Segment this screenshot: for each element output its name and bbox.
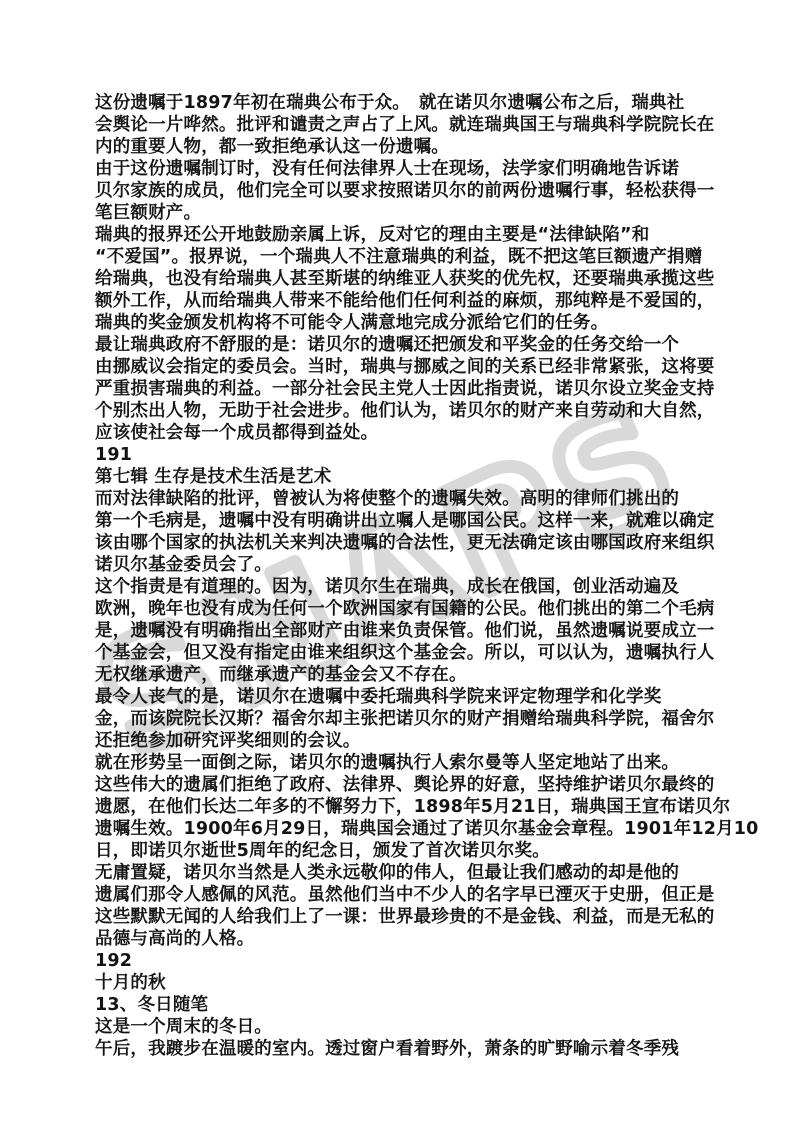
text-line: 欧洲，晚年也没有成为任何一个欧洲国家有国籍的公民。他们挑出的第二个毛病 bbox=[95, 598, 745, 620]
text-line: 是，遗嘱没有明确指出全部财产由谁来负责保管。他们说，虽然遗嘱说要成立一 bbox=[95, 620, 745, 642]
text-line: 由于这份遗嘱制订时，没有任何法律界人士在现场，法学家们明确地告诉诺 bbox=[95, 158, 745, 180]
text-line: 无庸置疑，诺贝尔当然是人类永远敬仰的伟人，但最让我们感动的却是他的 bbox=[95, 862, 745, 884]
text-line: 还拒绝参加研究评奖细则的会议。 bbox=[95, 730, 745, 752]
document-text-block: 这份遗嘱于1897年初在瑞典公布于众。 就在诺贝尔遗嘱公布之后，瑞典社会舆论一片… bbox=[95, 92, 745, 1060]
text-line: 日，即诺贝尔逝世5周年的纪念日，颁发了首次诺贝尔奖。 bbox=[95, 840, 745, 862]
text-line: 而对法律缺陷的批评，曾被认为将使整个的遗嘱失效。高明的律师们挑出的 bbox=[95, 488, 745, 510]
text-line: 最让瑞典政府不舒服的是：诺贝尔的遗嘱还把颁发和平奖金的任务交给一个 bbox=[95, 334, 745, 356]
text-line: 第七辑 生存是技术生活是艺术 bbox=[95, 466, 745, 488]
text-line: “不爱国”。报界说，一个瑞典人不注意瑞典的利益，既不把这笔巨额遗产捐赠 bbox=[95, 246, 745, 268]
text-line: 笔巨额财产。 bbox=[95, 202, 745, 224]
text-line: 就在形势呈一面倒之际，诺贝尔的遗嘱执行人索尔曼等人坚定地站了出来。 bbox=[95, 752, 745, 774]
text-line: 诺贝尔基金委员会了。 bbox=[95, 554, 745, 576]
text-line: 遗属们那令人感佩的风范。虽然他们当中不少人的名字早已湮灭于史册，但正是 bbox=[95, 884, 745, 906]
text-line: 应该使社会每一个成员都得到益处。 bbox=[95, 422, 745, 444]
text-line: 最令人丧气的是，诺贝尔在遗嘱中委托瑞典科学院来评定物理学和化学奖 bbox=[95, 686, 745, 708]
text-line: 严重损害瑞典的利益。一部分社会民主党人士因此指责说，诺贝尔设立奖金支持 bbox=[95, 378, 745, 400]
text-line: 会舆论一片哗然。批评和谴责之声占了上风。就连瑞典国王与瑞典科学院院长在 bbox=[95, 114, 745, 136]
text-line: 这些伟大的遗属们拒绝了政府、法律界、舆论界的好意，坚持维护诺贝尔最终的 bbox=[95, 774, 745, 796]
text-line: 十月的秋 bbox=[95, 972, 745, 994]
text-line: 金，而该院院长汉斯？福舍尔却主张把诺贝尔的财产捐赠给瑞典科学院，福舍尔 bbox=[95, 708, 745, 730]
text-line: 191 bbox=[95, 444, 745, 466]
text-line: 个基金会，但又没有指定由谁来组织这个基金会。所以，可以认为，遗嘱执行人 bbox=[95, 642, 745, 664]
text-line: 午后，我踱步在温暖的室内。透过窗户看着野外，萧条的旷野喻示着冬季残 bbox=[95, 1038, 745, 1060]
text-line: 13、冬日随笔 bbox=[95, 994, 745, 1016]
text-line: 这些默默无闻的人给我们上了一课：世界最珍贵的不是金钱、利益，而是无私的 bbox=[95, 906, 745, 928]
text-line: 遗愿，在他们长达二年多的不懈努力下，1898年5月21日，瑞典国王宣布诺贝尔 bbox=[95, 796, 745, 818]
text-line: 贝尔家族的成员，他们完全可以要求按照诺贝尔的前两份遗嘱行事，轻松获得一 bbox=[95, 180, 745, 202]
text-line: 第一个毛病是，遗嘱中没有明确讲出立嘱人是哪国公民。这样一来，就难以确定 bbox=[95, 510, 745, 532]
text-line: 这份遗嘱于1897年初在瑞典公布于众。 就在诺贝尔遗嘱公布之后，瑞典社 bbox=[95, 92, 745, 114]
text-line: 192 bbox=[95, 950, 745, 972]
text-line: 瑞典的报界还公开地鼓励亲属上诉，反对它的理由主要是“法律缺陷”和 bbox=[95, 224, 745, 246]
text-line: 由挪威议会指定的委员会。当时，瑞典与挪威之间的关系已经非常紧张，这将要 bbox=[95, 356, 745, 378]
text-line: 个别杰出人物，无助于社会进步。他们认为，诺贝尔的财产来自劳动和大自然， bbox=[95, 400, 745, 422]
text-line: 这个指责是有道理的。因为，诺贝尔生在瑞典，成长在俄国，创业活动遍及 bbox=[95, 576, 745, 598]
text-line: 无权继承遗产，而继承遗产的基金会又不存在。 bbox=[95, 664, 745, 686]
text-line: 内的重要人物，都一致拒绝承认这一份遗嘱。 bbox=[95, 136, 745, 158]
text-line: 瑞典的奖金颁发机构将不可能令人满意地完成分派给它们的任务。 bbox=[95, 312, 745, 334]
document-page: SNAPS 这份遗嘱于1897年初在瑞典公布于众。 就在诺贝尔遗嘱公布之后，瑞典… bbox=[0, 0, 793, 1122]
text-line: 品德与高尚的人格。 bbox=[95, 928, 745, 950]
text-line: 遗嘱生效。1900年6月29日，瑞典国会通过了诺贝尔基金会章程。1901年12月… bbox=[95, 818, 745, 840]
text-line: 额外工作，从而给瑞典人带来不能给他们任何利益的麻烦，那纯粹是不爱国的， bbox=[95, 290, 745, 312]
text-line: 这是一个周末的冬日。 bbox=[95, 1016, 745, 1038]
text-line: 该由哪个国家的执法机关来判决遗嘱的合法性，更无法确定该由哪国政府来组织 bbox=[95, 532, 745, 554]
text-line: 给瑞典，也没有给瑞典人甚至斯堪的纳维亚人获奖的优先权，还要瑞典承揽这些 bbox=[95, 268, 745, 290]
